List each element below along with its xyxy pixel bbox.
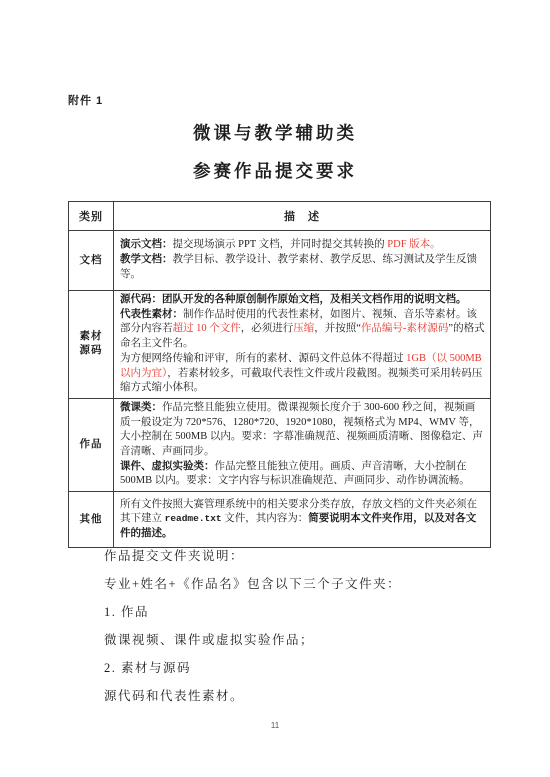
- description-paragraph: 代表性素材：制作作品时使用的代表性素材，如图片、视频、音乐等素材。该部分内容若超…: [120, 308, 485, 352]
- table-row: 其他所有文件按照大赛管理系统中的相关要求分类存放，存放文档的文件夹必须在其下建立…: [69, 492, 491, 548]
- note-line: 2. 素材与源码: [104, 654, 401, 682]
- note-line: 源代码和代表性素材。: [104, 682, 401, 710]
- category-cell: 作品: [69, 398, 114, 491]
- note-line: 微课视频、课件或虚拟实验作品；: [104, 626, 401, 654]
- doc-title-line1: 微课与教学辅助类: [0, 120, 550, 145]
- description-paragraph: 所有文件按照大赛管理系统中的相关要求分类存放，存放文档的文件夹必须在其下建立 r…: [120, 498, 485, 542]
- note-line: 专业+姓名+《作品名》包含以下三个子文件夹：: [104, 570, 401, 598]
- text-segment: 教学文档：: [120, 254, 173, 265]
- table-row: 作品微课类：作品完整且能独立使用。微课视频长度介于 300-600 秒之间，视频…: [69, 398, 491, 491]
- description-paragraph: 教学文档：教学目标、教学设计、教学素材、教学反思、练习测试及学生反馈等。: [120, 253, 485, 282]
- requirements-table: 类别 描 述 文档演示文档：提交现场演示 PPT 文档，并同时提交其转换的 PD…: [68, 201, 491, 548]
- note-line: 1. 作品: [104, 598, 401, 626]
- text-segment: 教学目标、教学设计、教学素材、教学反思、练习测试及学生反馈等。: [120, 254, 477, 280]
- text-segment: 作品完整且能独立使用。微课视频长度介于 300-600 秒之间，视频画质一般设定…: [120, 402, 483, 457]
- folder-notes: 作品提交文件夹说明：专业+姓名+《作品名》包含以下三个子文件夹：1. 作品微课视…: [104, 542, 401, 710]
- description-cell: 微课类：作品完整且能独立使用。微课视频长度介于 300-600 秒之间，视频画质…: [114, 398, 491, 491]
- description-paragraph: 为方便网络传输和评审，所有的素材、源码文件总体不得超过 1GB（以 500MB …: [120, 352, 485, 396]
- text-segment: 源代码：团队开发的各种原创制作原始文档，及相关文档作用的说明文档。: [120, 294, 467, 305]
- text-segment: ，并按照“: [314, 323, 361, 334]
- description-paragraph: 微课类：作品完整且能独立使用。微课视频长度介于 300-600 秒之间，视频画质…: [120, 401, 485, 460]
- note-line: 作品提交文件夹说明：: [104, 542, 401, 570]
- category-cell: 其他: [69, 492, 114, 548]
- column-header-category: 类别: [69, 202, 114, 231]
- table-header: 类别 描 述: [69, 202, 491, 231]
- description-cell: 源代码：团队开发的各种原创制作原始文档，及相关文档作用的说明文档。代表性素材：制…: [114, 291, 491, 399]
- attachment-label: 附件 1: [68, 92, 103, 108]
- page-number: 11: [0, 721, 550, 730]
- table-body: 文档演示文档：提交现场演示 PPT 文档，并同时提交其转换的 PDF 版本。教学…: [69, 231, 491, 548]
- description-cell: 演示文档：提交现场演示 PPT 文档，并同时提交其转换的 PDF 版本。教学文档…: [114, 231, 491, 291]
- text-segment: 微课类：: [120, 402, 162, 413]
- text-segment: readme.txt: [165, 513, 222, 524]
- table-header-row: 类别 描 述: [69, 202, 491, 231]
- table-row: 文档演示文档：提交现场演示 PPT 文档，并同时提交其转换的 PDF 版本。教学…: [69, 231, 491, 291]
- description-paragraph: 源代码：团队开发的各种原创制作原始文档，及相关文档作用的说明文档。: [120, 293, 485, 308]
- text-segment: 文件，其内容为：: [222, 513, 309, 524]
- description-paragraph: 演示文档：提交现场演示 PPT 文档，并同时提交其转换的 PDF 版本。: [120, 238, 485, 253]
- text-segment: 为方便网络传输和评审，所有的素材、源码文件总体不得超过: [120, 353, 406, 364]
- category-cell: 素材源码: [69, 291, 114, 399]
- text-segment: 提交现场演示 PPT 文档，并同时提交其转换的: [173, 239, 388, 250]
- description-cell: 所有文件按照大赛管理系统中的相关要求分类存放，存放文档的文件夹必须在其下建立 r…: [114, 492, 491, 548]
- text-segment: 压缩: [293, 323, 314, 334]
- doc-title-line2: 参赛作品提交要求: [0, 158, 550, 183]
- text-segment: 演示文档：: [120, 239, 173, 250]
- text-segment: 超过 10 个文件: [173, 323, 241, 334]
- text-segment: PDF 版本。: [387, 239, 440, 250]
- column-header-description: 描 述: [114, 202, 491, 231]
- text-segment: ，若素材较多，可截取代表性文件或片段截图。视频类可采用转码压缩方式缩小体积。: [120, 368, 482, 394]
- text-segment: 课件、虚拟实验类：: [120, 461, 215, 472]
- text-segment: ，必须进行: [241, 323, 294, 334]
- table-row: 素材源码源代码：团队开发的各种原创制作原始文档，及相关文档作用的说明文档。代表性…: [69, 291, 491, 399]
- category-cell: 文档: [69, 231, 114, 291]
- description-paragraph: 课件、虚拟实验类：作品完整且能独立使用。画质、声音清晰，大小控制在 500MB …: [120, 460, 485, 489]
- text-segment: 作品编号-素材源码: [361, 323, 449, 334]
- text-segment: 代表性素材：: [120, 309, 183, 320]
